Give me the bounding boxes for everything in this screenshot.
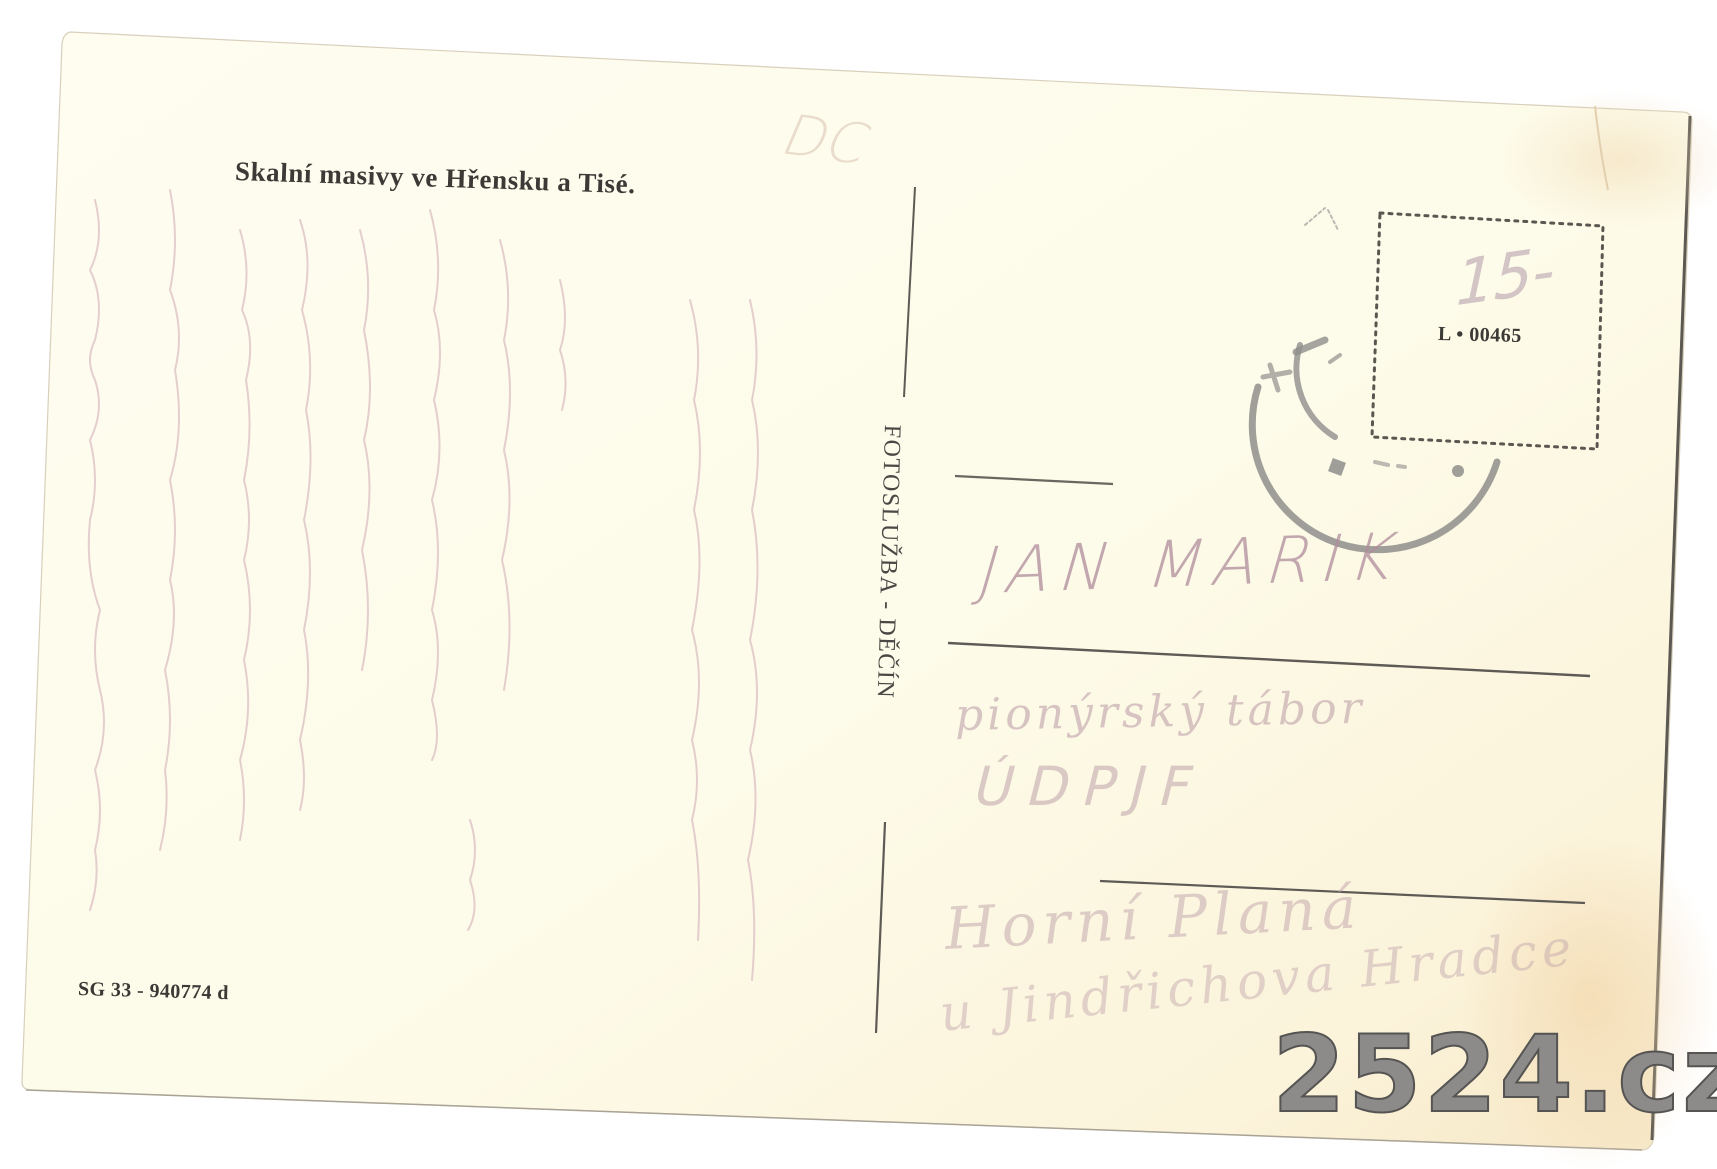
postcard-scan: Skalní masivy ve Hřensku a Tisé. FOTOSLU… (0, 0, 1717, 1169)
handwritten-message (0, 0, 1717, 1169)
site-watermark: 2524.cz (1272, 1022, 1717, 1128)
